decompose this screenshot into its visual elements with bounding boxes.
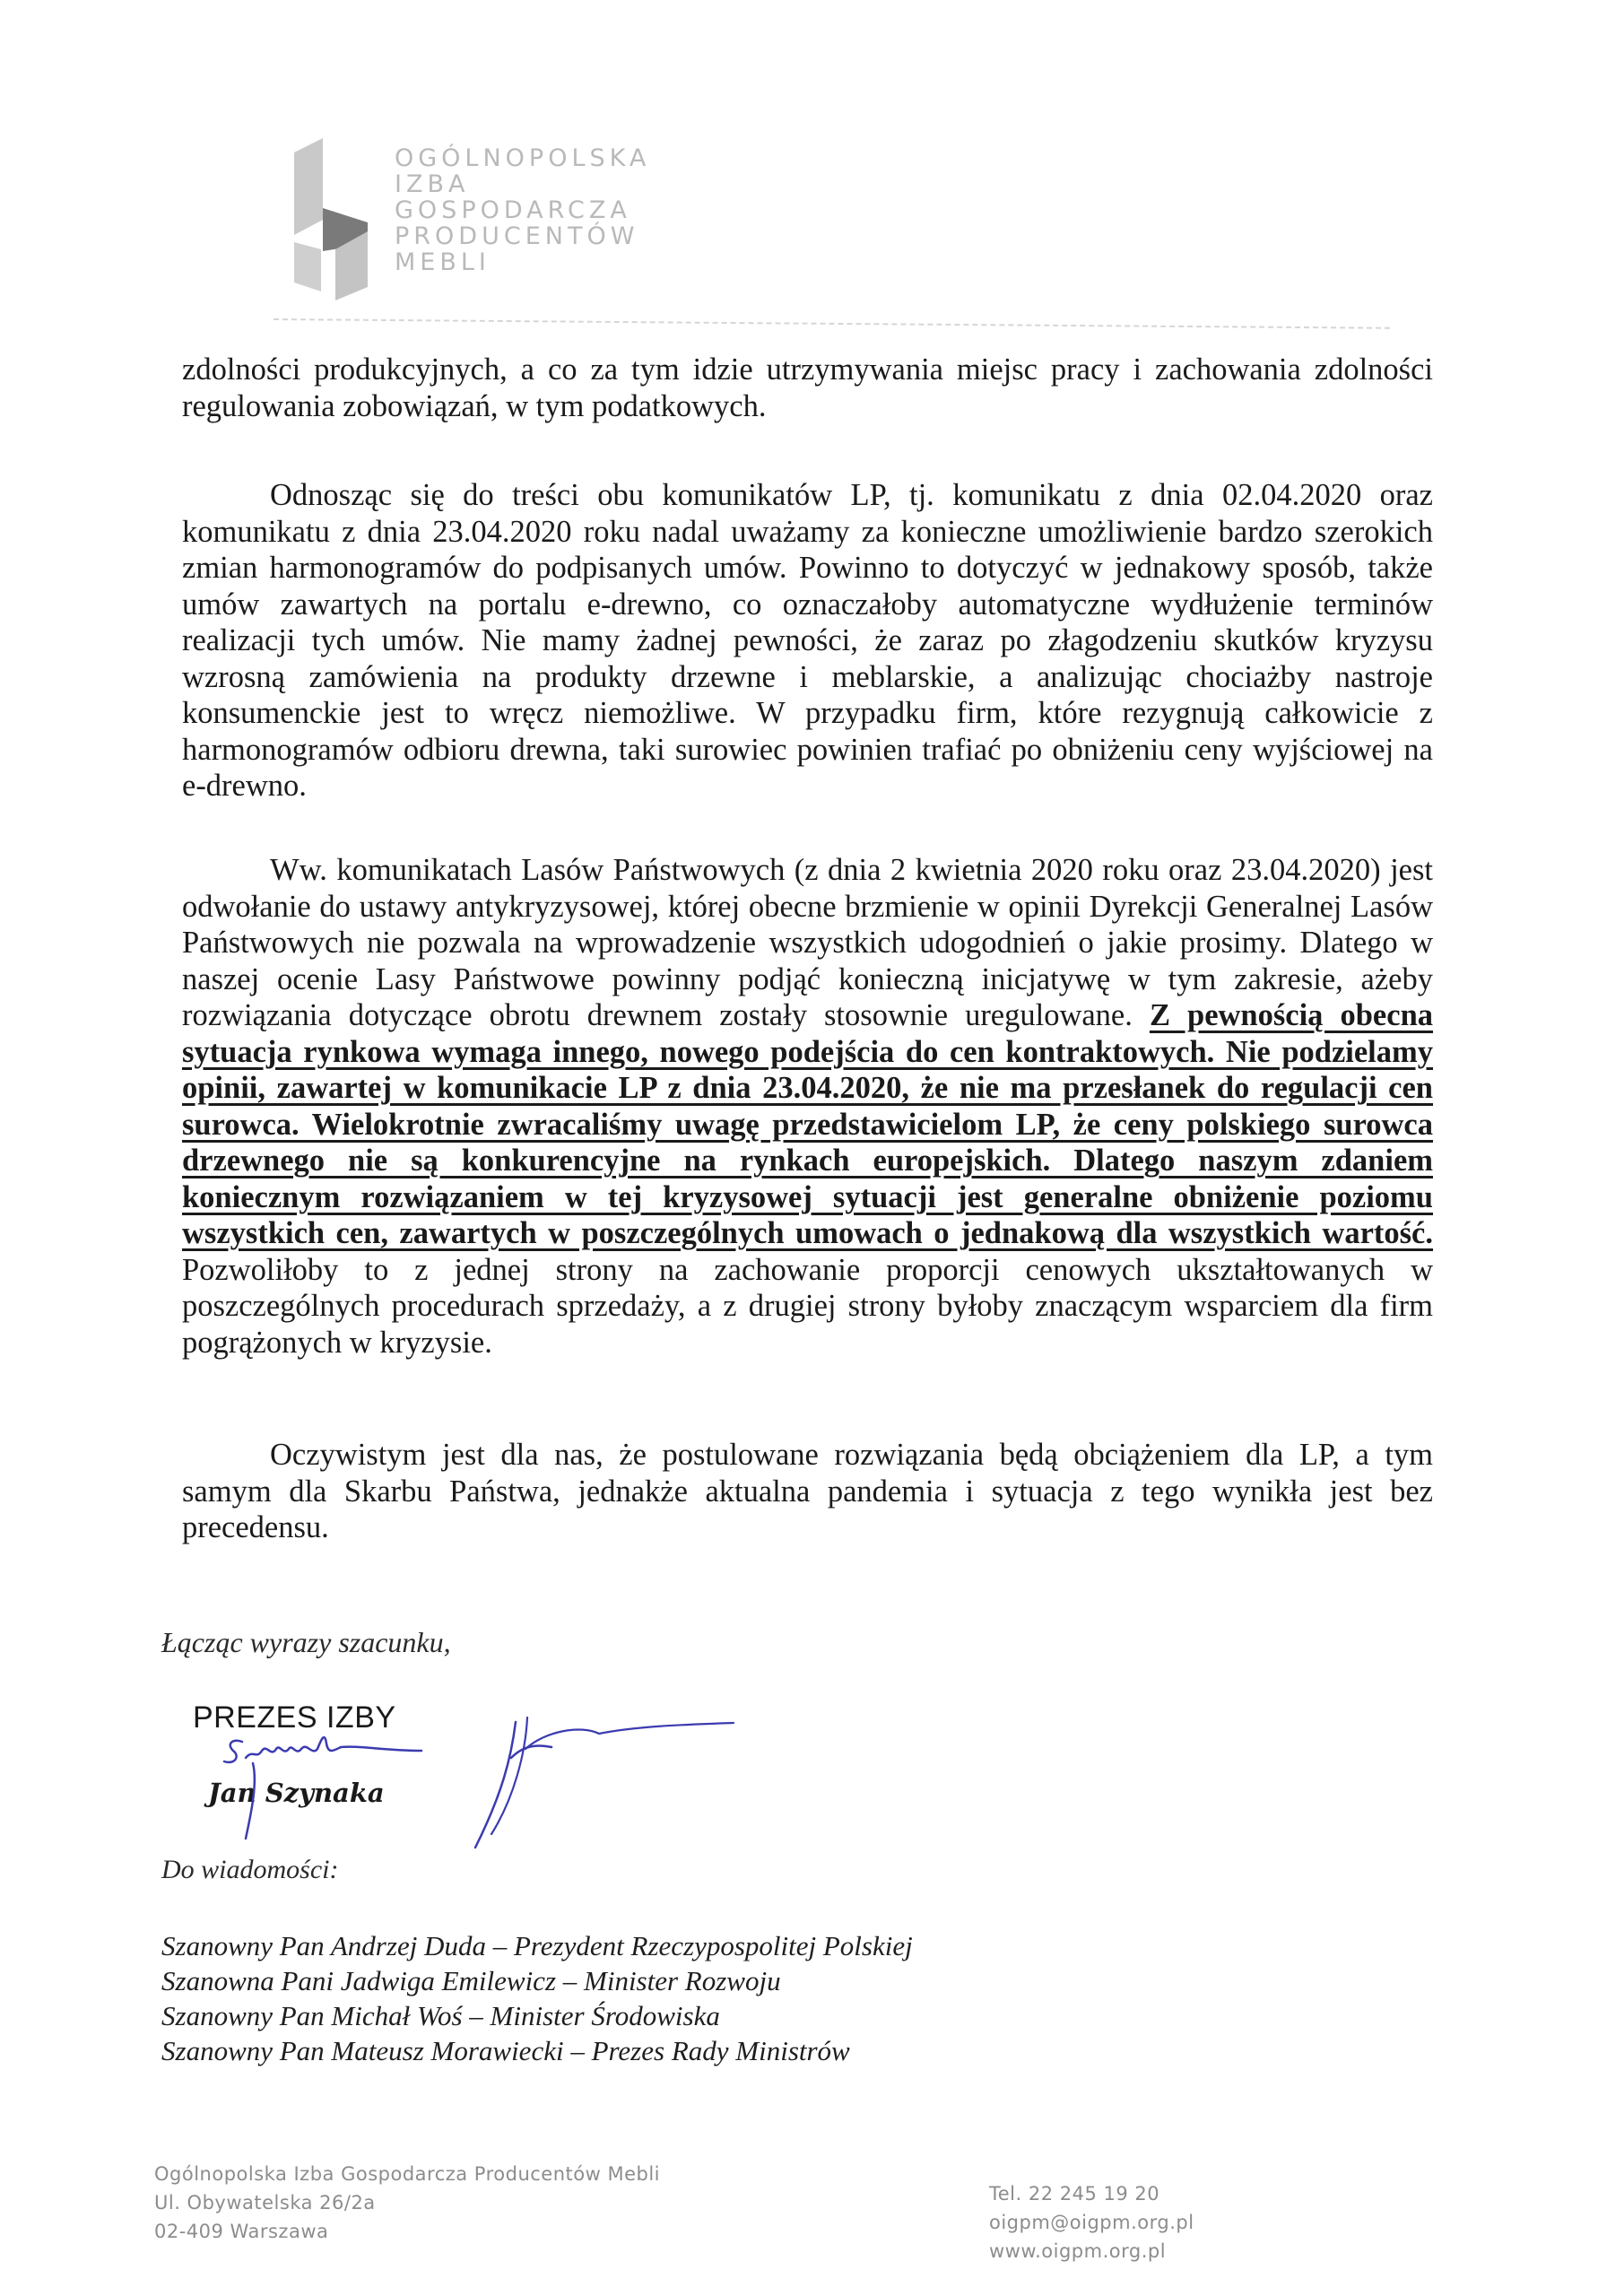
closing-salutation: Łącząc wyrazy szacunku, bbox=[161, 1626, 451, 1659]
footer-contact: Tel. 22 245 19 20 oigpm@oigpm.org.pl www… bbox=[989, 2179, 1194, 2266]
cc-recipient: Szanowny Pan Michał Woś – Minister Środo… bbox=[161, 1998, 913, 2033]
footer-street: Ul. Obywatelska 26/2a bbox=[154, 2188, 660, 2217]
footer-email-link[interactable]: oigpm@oigpm.org.pl bbox=[989, 2208, 1194, 2237]
footer-phone: Tel. 22 245 19 20 bbox=[989, 2179, 1194, 2208]
paragraph-3: Ww. komunikatach Lasów Państwowych (z dn… bbox=[182, 852, 1433, 1361]
logo-line: OGÓLNOPOLSKA bbox=[395, 145, 650, 171]
paragraph-3-emphasis: Z pewnością obecna sytuacja rynkowa wyma… bbox=[182, 998, 1433, 1250]
cc-recipient: Szanowna Pani Jadwiga Emilewicz – Minist… bbox=[161, 1963, 913, 1998]
logo-line: GOSPODARCZA bbox=[395, 197, 650, 223]
logo-line: PRODUCENTÓW bbox=[395, 223, 650, 249]
letter-page: OGÓLNOPOLSKA IZBA GOSPODARCZA PRODUCENTÓ… bbox=[0, 0, 1624, 2296]
logo-line: MEBLI bbox=[395, 249, 650, 275]
footer-website-link[interactable]: www.oigpm.org.pl bbox=[989, 2237, 1194, 2266]
cc-recipient: Szanowny Pan Andrzej Duda – Prezydent Rz… bbox=[161, 1928, 913, 1963]
paragraph-3-tail: Pozwoliłoby to z jednej strony na zachow… bbox=[182, 1253, 1433, 1360]
logo-line: IZBA bbox=[395, 171, 650, 197]
footer-city: 02-409 Warszawa bbox=[154, 2217, 660, 2246]
signature-flourish-icon bbox=[473, 1700, 743, 1843]
header-divider bbox=[274, 318, 1390, 329]
paragraph-1: zdolności produkcyjnych, a co za tym idz… bbox=[182, 352, 1433, 424]
cc-recipient: Szanowny Pan Mateusz Morawiecki – Prezes… bbox=[161, 2033, 913, 2068]
footer-organization-name: Ogólnopolska Izba Gospodarcza Producentó… bbox=[154, 2160, 660, 2188]
oigpm-chair-logo-icon bbox=[285, 135, 384, 300]
organization-logo-text: OGÓLNOPOLSKA IZBA GOSPODARCZA PRODUCENTÓ… bbox=[395, 145, 650, 275]
footer-address: Ogólnopolska Izba Gospodarcza Producentó… bbox=[154, 2160, 660, 2246]
cc-label: Do wiadomości: bbox=[161, 1855, 339, 1885]
paragraph-2: Odnosząc się do treści obu komunikatów L… bbox=[182, 477, 1433, 804]
paragraph-4: Oczywistym jest dla nas, że postulowane … bbox=[182, 1437, 1433, 1546]
cc-recipient-list: Szanowny Pan Andrzej Duda – Prezydent Rz… bbox=[161, 1928, 913, 2068]
